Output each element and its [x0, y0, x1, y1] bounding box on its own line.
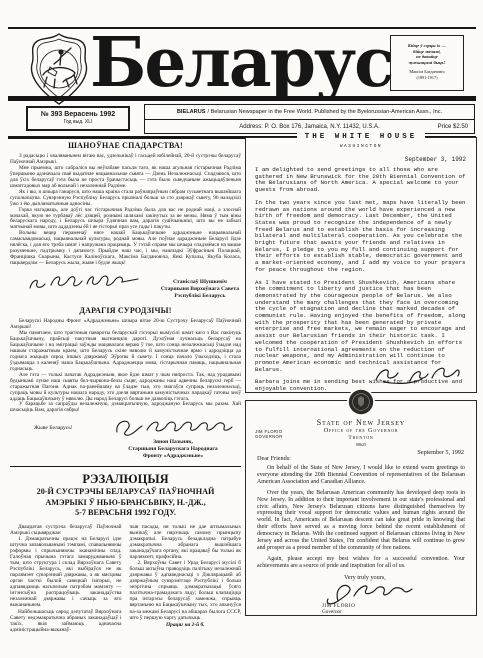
pazniak-closing: Жыве Беларусь! [34, 425, 73, 431]
bush-signature [370, 362, 462, 388]
left-column: ШАНОЎНАЕ СПАДАРСТВА! З радасьцю і хваляв… [10, 141, 241, 655]
signer-title: Рэспублікі Беларусь [161, 293, 239, 300]
publisher-address: Address: P. O. Box 176, Jamaica, N.Y. 11… [145, 124, 474, 130]
letter-closing: Very truly yours, [344, 574, 476, 581]
shushkevich-attribution: Станіслаў Шушкевіч Старшыня Вярхоўнага С… [161, 279, 239, 300]
article-title-pazniak: ДАРАГІЯ СУРОДЗІЧЫ! [10, 306, 241, 316]
masthead-rule [8, 96, 476, 101]
issue-number-box: № 393 Верасень 1992 Год выд. XLI [26, 106, 130, 131]
letter-paragraph: I am delighted to send greetings to all … [255, 167, 468, 194]
quote-author-dates: (1891-1917) [391, 75, 463, 80]
publisher-name: BIELARUS [177, 109, 206, 115]
letter-body: I am delighted to send greetings to all … [246, 163, 476, 393]
shushkevich-signature [24, 271, 144, 299]
signer-title: Фронту «Адраджэньне» [105, 453, 241, 460]
article-paragraph: Мне прыемна, што сабраліся вы неўзабаве … [10, 166, 241, 190]
masthead-quote-box: Бійце ў сэрцы іх — бійце мячамі, не дава… [390, 35, 464, 91]
letter-paragraph: In the two years since you last met, map… [255, 200, 468, 274]
publisher-line: BIELARUS / Belarusian Newspaper in the F… [145, 105, 474, 120]
pazniak-closing-row: Жыве Беларусь! [10, 417, 241, 439]
nj-heading-zip: 08625 [246, 442, 476, 447]
resolution-paragraph: 1. Дэмакратычны працэс на Беларусі ідзе … [10, 536, 122, 609]
newspaper-front-page: Беларус Бійце ў сэрцы іх — бійце мячамі,… [0, 0, 483, 658]
nj-heading-state: State of New Jersey [246, 418, 476, 427]
publisher-box: BIELARUS / Belarusian Newspaper in the F… [144, 104, 475, 134]
continued-on-page-note: Працяг на 2-й б. [130, 622, 242, 628]
section-divider [10, 466, 241, 467]
white-house-subheading: WASHINGTON [246, 144, 476, 149]
publisher-address-line: Address: P. O. Box 176, Jamaica, N.Y. 11… [145, 120, 474, 134]
letter-paragraph: As I have stated to President Shushkevic… [255, 280, 468, 374]
article-paragraph: Але гэта — толькі пачатак Адраджэньня, я… [10, 373, 241, 403]
article-paragraph: Як і вы, я шчыра ганаруся, што наша краі… [10, 190, 241, 208]
nj-letter-meta: September 5, 1992 Dear Friends: [246, 449, 476, 463]
publisher-description: / Belarusian Newspaper in the Free World… [207, 109, 442, 115]
signer-title: Старшыня Беларускага Народнага [105, 446, 241, 453]
article-paragraph: Горка нагадваць, але доўгі час гістарычн… [10, 208, 241, 232]
new-jersey-state-seal-icon [346, 387, 376, 417]
new-jersey-letter: JIM FLORIO GOVERNOR State of New Jersey … [245, 400, 477, 616]
governor-title-small: GOVERNOR [255, 434, 283, 439]
masthead: Беларус Бійце ў сэрцы іх — бійце мячамі,… [8, 27, 476, 98]
article-title-shushkevich: ШАНОЎНАЕ СПАДАРСТВА! [10, 141, 241, 151]
issue-number: № 393 Верасень 1992 [28, 111, 128, 119]
resolution-title: РЭЗАЛЮЦЫЯ [10, 472, 241, 486]
letter-paragraph: Again, please accept my best wishes for … [257, 556, 465, 570]
resolution-paragraph: Найбольшасьць сярод дэпутатаў Вярхоўнага… [10, 609, 122, 633]
resolution-paragraph: Дваццатая сустрэча беларусаў Паўночнай А… [10, 524, 122, 536]
nj-signer-block: JIM FLORIO Governor [322, 603, 476, 615]
issue-bar: № 393 Верасень 1992 Год выд. XLI BIELARU… [8, 104, 476, 134]
resolution-column-1: Дваццатая сустрэча беларусаў Паўночнай А… [10, 524, 122, 633]
article-paragraph: Мы памятаем, што трагічныя павароты бела… [10, 331, 241, 373]
letter-paragraph: On behalf of the State of New Jersey, I … [257, 465, 465, 486]
quote-line: чужынцамі быць! [391, 60, 463, 66]
pazniak-signature [112, 417, 237, 439]
article-paragraph: У барацьбе за сапраўды незалежную, дэмак… [10, 402, 241, 414]
letter-salutation: Dear Friends: [257, 455, 291, 462]
newspaper-title: Беларус [90, 21, 384, 102]
volume-line: Год выд. XLI [28, 119, 128, 126]
resolution-title-line: АМЭРЫКІ Ў НЬЮ-БРАНСЬВІКУ, Н.-ДЖ., [10, 498, 241, 509]
resolution-paragraph: 2. Вярхоўны Савет і Урад Беларусі мусілі… [130, 560, 242, 620]
white-house-heading: THE WHITE HOUSE [297, 133, 426, 141]
article-paragraph: Вольны вецер пераменаў нясе нашай Бацька… [10, 231, 241, 267]
letter-body: On behalf of the State of New Jersey, I … [246, 463, 476, 570]
letter-date: September 3, 1992 [246, 156, 466, 163]
letter-date: September 5, 1992 [417, 449, 464, 456]
shushkevich-signature-block: Станіслаў Шушкевіч Старшыня Вярхоўнага С… [10, 269, 241, 303]
resolution-column-2: чыя пасады, ня толькі не дае аптымальных… [130, 524, 242, 633]
white-house-letter: THE WHITE HOUSE WASHINGTON September 3, … [245, 137, 477, 393]
signer-title: Governor [322, 609, 476, 615]
resolution-title-line: 5-7 ВЕРАСЬНЯ 1992 ГОДУ. [10, 508, 241, 519]
signer-name: Зянон Пазьняк, [105, 439, 241, 446]
letter-paragraph: Over the years, the Belarusan American c… [257, 490, 465, 552]
resolution-title-line: 20-Й СУСТРЭЧЫ БЕЛАРУСАЎ ПАЎНОЧНАЙ [10, 487, 241, 498]
resolution-columns: Дваццатая сустрэча беларусаў Паўночнай А… [10, 524, 241, 633]
governor-letterhead-name: JIM FLORIO GOVERNOR [255, 429, 283, 440]
resolution-paragraph: чыя пасады, ня толькі не дае аптымальных… [130, 524, 242, 560]
pazniak-attribution: Зянон Пазьняк, Старшыня Беларускага Наро… [105, 439, 241, 460]
price: Price $2.50 [438, 124, 468, 130]
